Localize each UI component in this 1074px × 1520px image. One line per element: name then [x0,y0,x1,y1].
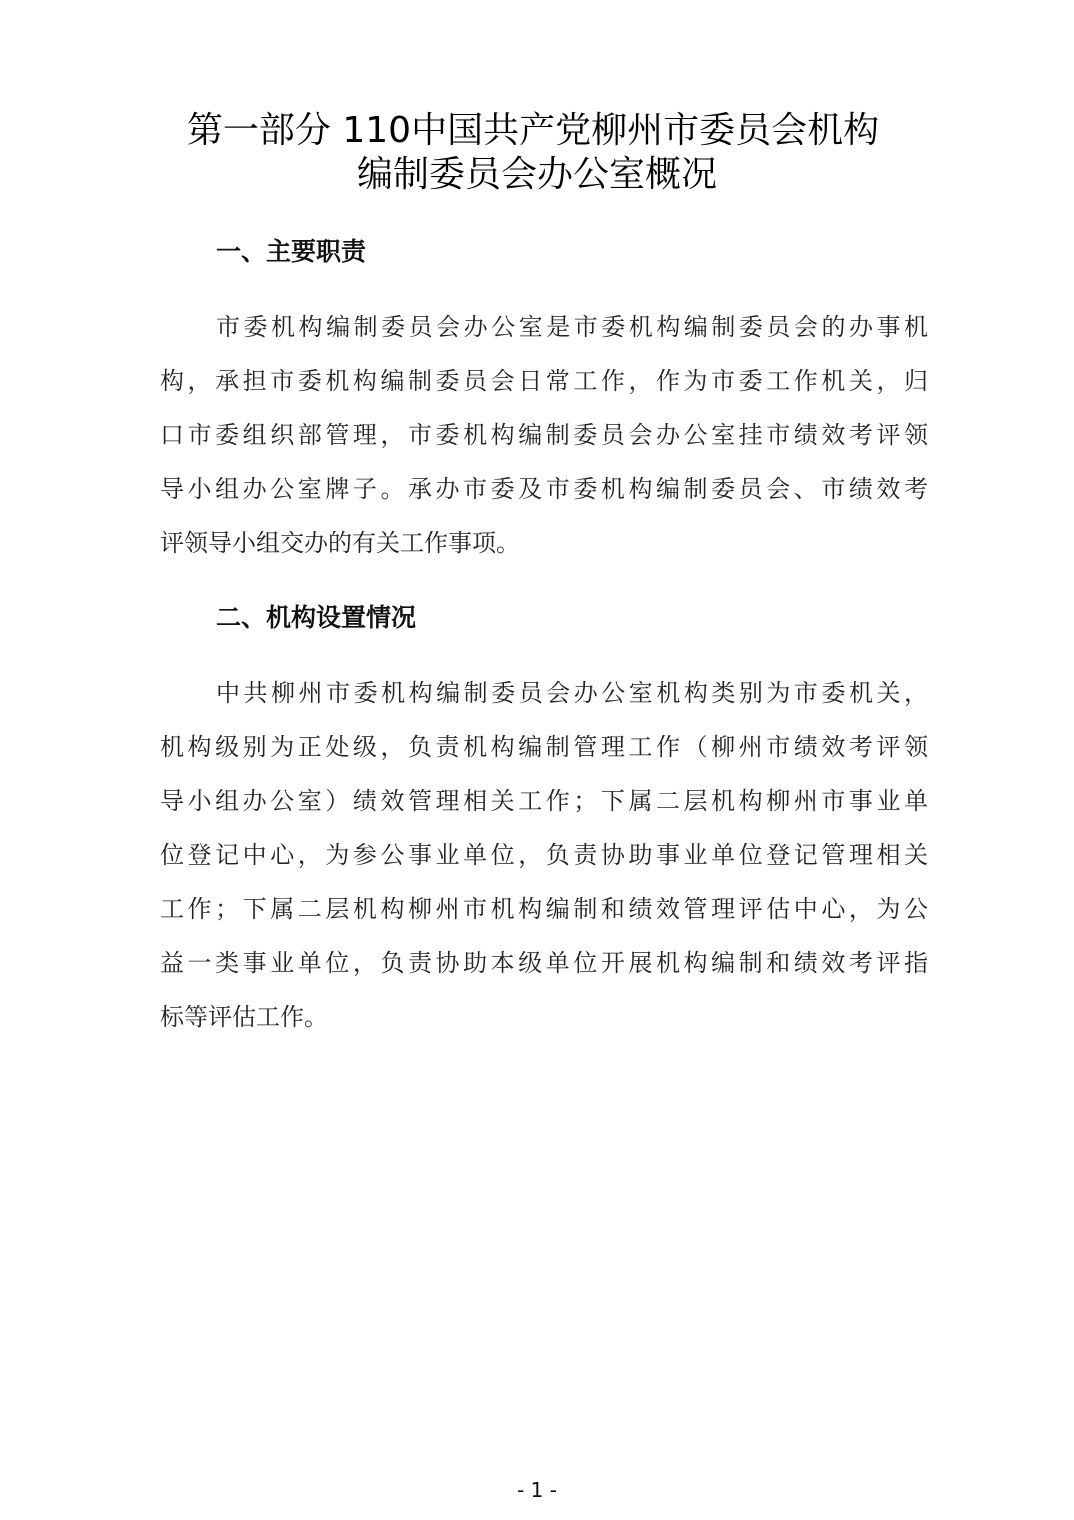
document-title-line-2: 编制委员会办公室概况 [0,152,1074,198]
paragraph-line: 构，承担市委机构编制委员会日常工作，作为市委工作机关，归 [160,366,928,396]
paragraph-line: 标等评估工作。 [160,1002,928,1032]
paragraph-line: 位登记中心，为参公事业单位，负责协助事业单位登记管理相关 [160,840,928,870]
paragraph-line: 导小组办公室）绩效管理相关工作；下属二层机构柳州市事业单 [160,786,928,816]
paragraph-line: 导小组办公室牌子。承办市委及市委机构编制委员会、市绩效考 [160,474,928,504]
paragraph-line: 益一类事业单位，负责协助本级单位开展机构编制和绩效考评指 [160,948,928,978]
paragraph-line: 工作；下属二层机构柳州市机构编制和绩效管理评估中心，为公 [160,894,928,924]
paragraph-line: 评领导小组交办的有关工作事项。 [160,528,928,558]
paragraph-line: 机构级别为正处级，负责机构编制管理工作（柳州市绩效考评领 [160,732,928,762]
page-number: - 1 - [0,1478,1074,1502]
paragraph-line: 口市委组织部管理，市委机构编制委员会办公室挂市绩效考评领 [160,420,928,450]
document-title-line-1: 第一部分 110中国共产党柳州市委员会机构 [0,108,1070,154]
paragraph-line: 中共柳州市委机构编制委员会办公室机构类别为市委机关， [216,678,928,708]
section-heading-org-setup: 二、机构设置情况 [216,598,416,634]
section-heading-main-duties: 一、主要职责 [216,232,366,268]
paragraph-line: 市委机构编制委员会办公室是市委机构编制委员会的办事机 [216,312,928,342]
